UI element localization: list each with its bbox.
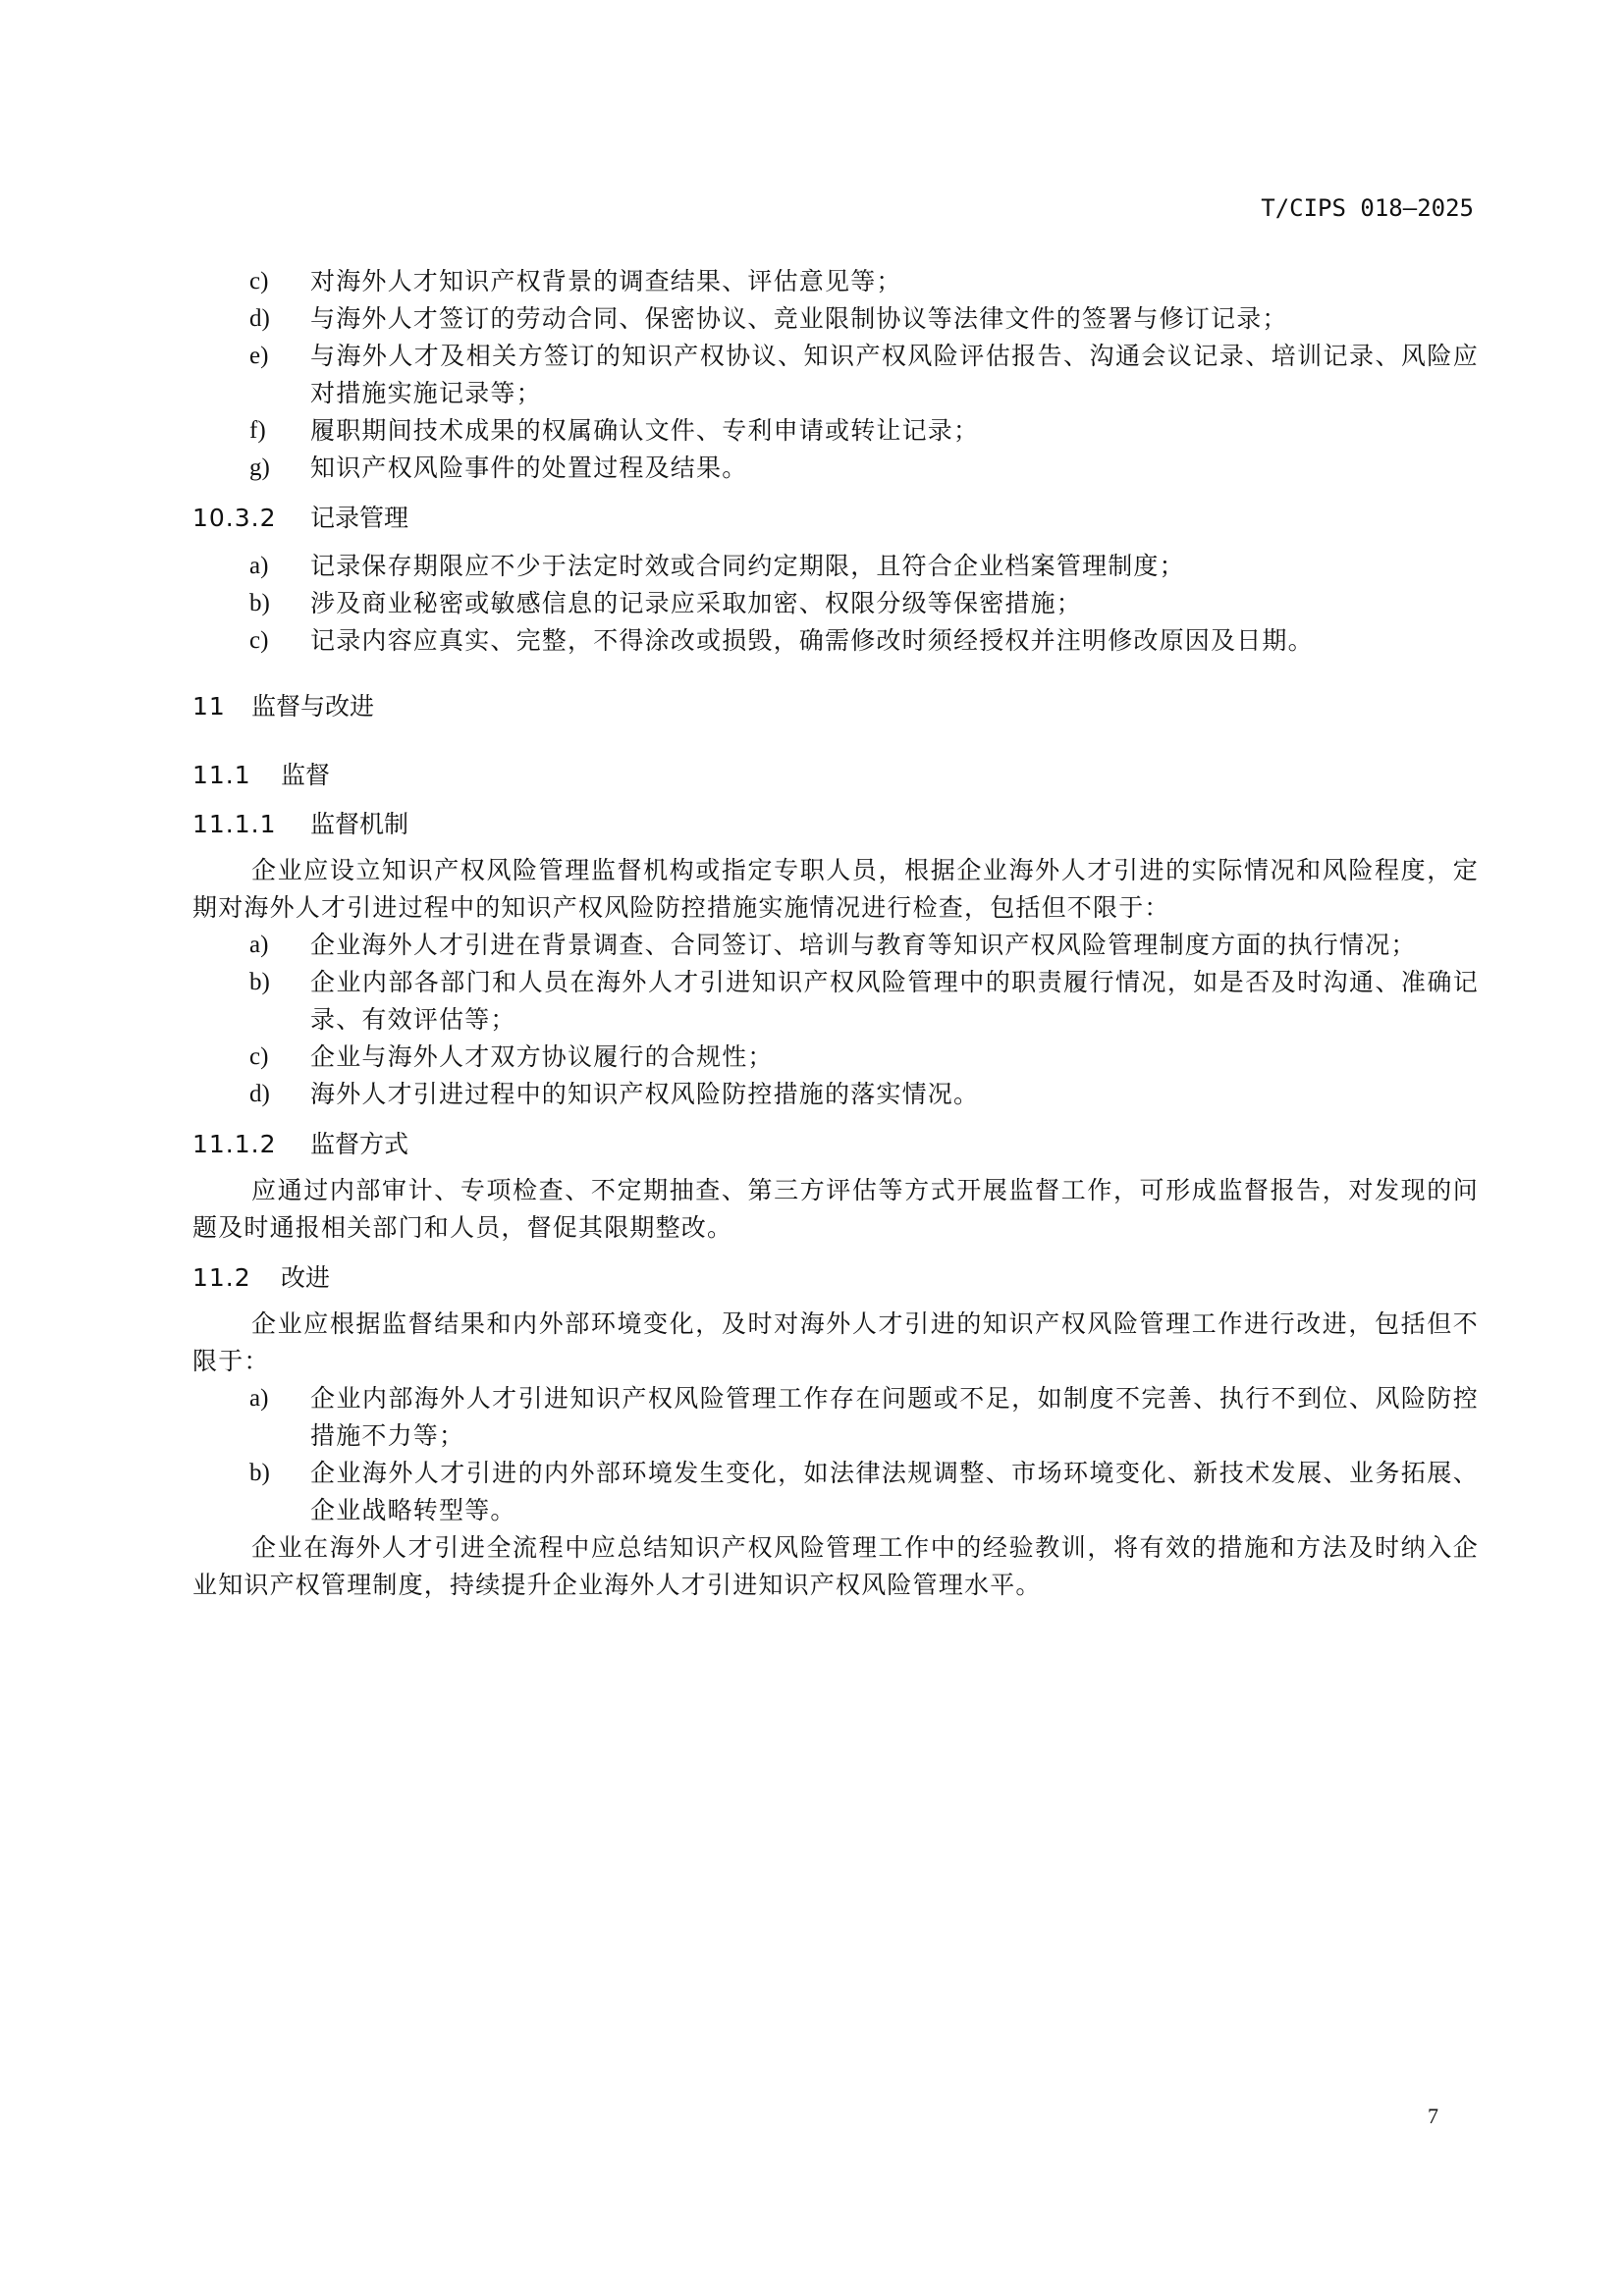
list-item: a) 记录保存期限应不少于法定时效或合同约定期限，且符合企业档案管理制度；	[192, 548, 1479, 585]
list-marker: c)	[249, 263, 268, 300]
record-list-continued: c) 对海外人才知识产权背景的调查结果、评估意见等； d) 与海外人才签订的劳动…	[192, 263, 1479, 487]
list-item-text: 企业海外人才引进在背景调查、合同签订、培训与教育等知识产权风险管理制度方面的执行…	[310, 931, 1417, 959]
heading-number: 11.2	[192, 1260, 281, 1296]
list-item-text: 对海外人才知识产权背景的调查结果、评估意见等；	[310, 267, 902, 295]
list-item: c) 记录内容应真实、完整，不得涂改或损毁，确需修改时须经授权并注明修改原因及日…	[192, 622, 1479, 660]
heading-11-1-2: 11.1.2监督方式	[192, 1127, 1479, 1162]
page-content: c) 对海外人才知识产权背景的调查结果、评估意见等； d) 与海外人才签订的劳动…	[192, 263, 1479, 1604]
list-marker: d)	[249, 300, 270, 338]
list-item: b) 涉及商业秘密或敏感信息的记录应采取加密、权限分级等保密措施；	[192, 585, 1479, 622]
heading-title: 记录管理	[310, 501, 408, 536]
heading-title: 监督	[281, 758, 330, 793]
list-item: e) 与海外人才及相关方签订的知识产权协议、知识产权风险评估报告、沟通会议记录、…	[192, 338, 1479, 412]
list-marker: f)	[249, 412, 266, 450]
heading-title: 监督与改进	[251, 689, 374, 724]
heading-number: 11.1.1	[192, 807, 310, 842]
paragraph: 企业应设立知识产权风险管理监督机构或指定专职人员，根据企业海外人才引进的实际情况…	[192, 852, 1479, 927]
list-item-text: 企业海外人才引进的内外部环境发生变化，如法律法规调整、市场环境变化、新技术发展、…	[310, 1459, 1479, 1524]
record-management-list: a) 记录保存期限应不少于法定时效或合同约定期限，且符合企业档案管理制度； b)…	[192, 548, 1479, 660]
list-marker: e)	[249, 338, 268, 375]
list-item-text: 企业内部海外人才引进知识产权风险管理工作存在问题或不足，如制度不完善、执行不到位…	[310, 1384, 1479, 1450]
list-marker: a)	[249, 927, 268, 964]
list-marker: b)	[249, 1455, 270, 1492]
list-item: c) 企业与海外人才双方协议履行的合规性；	[192, 1039, 1479, 1076]
list-marker: c)	[249, 622, 268, 660]
heading-11: 11监督与改进	[192, 689, 1479, 724]
heading-number: 11.1	[192, 758, 281, 793]
list-item: b) 企业海外人才引进的内外部环境发生变化，如法律法规调整、市场环境变化、新技术…	[192, 1455, 1479, 1529]
list-item-text: 企业内部各部门和人员在海外人才引进知识产权风险管理中的职责履行情况，如是否及时沟…	[310, 968, 1479, 1034]
heading-title: 改进	[281, 1260, 330, 1296]
list-item: f) 履职期间技术成果的权属确认文件、专利申请或转让记录；	[192, 412, 1479, 450]
list-item-text: 企业与海外人才双方协议履行的合规性；	[310, 1042, 774, 1071]
heading-number: 11.1.2	[192, 1127, 310, 1162]
list-marker: g)	[249, 450, 270, 487]
heading-number: 10.3.2	[192, 501, 310, 536]
document-code: T/CIPS 018—2025	[1261, 194, 1474, 222]
list-item: d) 海外人才引进过程中的知识产权风险防控措施的落实情况。	[192, 1076, 1479, 1113]
paragraph: 应通过内部审计、专项检查、不定期抽查、第三方评估等方式开展监督工作，可形成监督报…	[192, 1172, 1479, 1247]
list-item-text: 与海外人才签订的劳动合同、保密协议、竞业限制协议等法律文件的签署与修订记录；	[310, 304, 1288, 333]
list-marker: a)	[249, 1380, 268, 1417]
list-item-text: 知识产权风险事件的处置过程及结果。	[310, 454, 747, 482]
heading-10-3-2: 10.3.2记录管理	[192, 501, 1479, 536]
list-item: d) 与海外人才签订的劳动合同、保密协议、竞业限制协议等法律文件的签署与修订记录…	[192, 300, 1479, 338]
list-marker: b)	[249, 964, 270, 1001]
paragraph: 企业应根据监督结果和内外部环境变化，及时对海外人才引进的知识产权风险管理工作进行…	[192, 1306, 1479, 1380]
list-marker: b)	[249, 585, 270, 622]
heading-11-1-1: 11.1.1监督机制	[192, 807, 1479, 842]
closing-paragraph: 企业在海外人才引进全流程中应总结知识产权风险管理工作中的经验教训，将有效的措施和…	[192, 1529, 1479, 1604]
list-item: b) 企业内部各部门和人员在海外人才引进知识产权风险管理中的职责履行情况，如是否…	[192, 964, 1479, 1039]
heading-title: 监督方式	[310, 1127, 408, 1162]
heading-title: 监督机制	[310, 807, 408, 842]
list-item-text: 与海外人才及相关方签订的知识产权协议、知识产权风险评估报告、沟通会议记录、培训记…	[310, 342, 1479, 407]
list-item: a) 企业内部海外人才引进知识产权风险管理工作存在问题或不足，如制度不完善、执行…	[192, 1380, 1479, 1455]
list-item-text: 记录内容应真实、完整，不得涂改或损毁，确需修改时须经授权并注明修改原因及日期。	[310, 626, 1314, 655]
list-marker: a)	[249, 548, 268, 585]
list-item-text: 记录保存期限应不少于法定时效或合同约定期限，且符合企业档案管理制度；	[310, 552, 1185, 580]
list-item: g) 知识产权风险事件的处置过程及结果。	[192, 450, 1479, 487]
list-item: c) 对海外人才知识产权背景的调查结果、评估意见等；	[192, 263, 1479, 300]
document-page: T/CIPS 018—2025 c) 对海外人才知识产权背景的调查结果、评估意见…	[0, 0, 1624, 2296]
heading-11-2: 11.2改进	[192, 1260, 1479, 1296]
list-item-text: 海外人才引进过程中的知识产权风险防控措施的落实情况。	[310, 1080, 979, 1108]
list-item: a) 企业海外人才引进在背景调查、合同签订、培训与教育等知识产权风险管理制度方面…	[192, 927, 1479, 964]
list-marker: c)	[249, 1039, 268, 1076]
list-item-text: 履职期间技术成果的权属确认文件、专利申请或转让记录；	[310, 416, 979, 445]
improvement-list: a) 企业内部海外人才引进知识产权风险管理工作存在问题或不足，如制度不完善、执行…	[192, 1380, 1479, 1529]
list-item-text: 涉及商业秘密或敏感信息的记录应采取加密、权限分级等保密措施；	[310, 589, 1082, 617]
supervision-list: a) 企业海外人才引进在背景调查、合同签订、培训与教育等知识产权风险管理制度方面…	[192, 927, 1479, 1113]
page-number: 7	[1428, 2104, 1438, 2129]
heading-11-1: 11.1监督	[192, 758, 1479, 793]
heading-number: 11	[192, 689, 251, 724]
list-marker: d)	[249, 1076, 270, 1113]
